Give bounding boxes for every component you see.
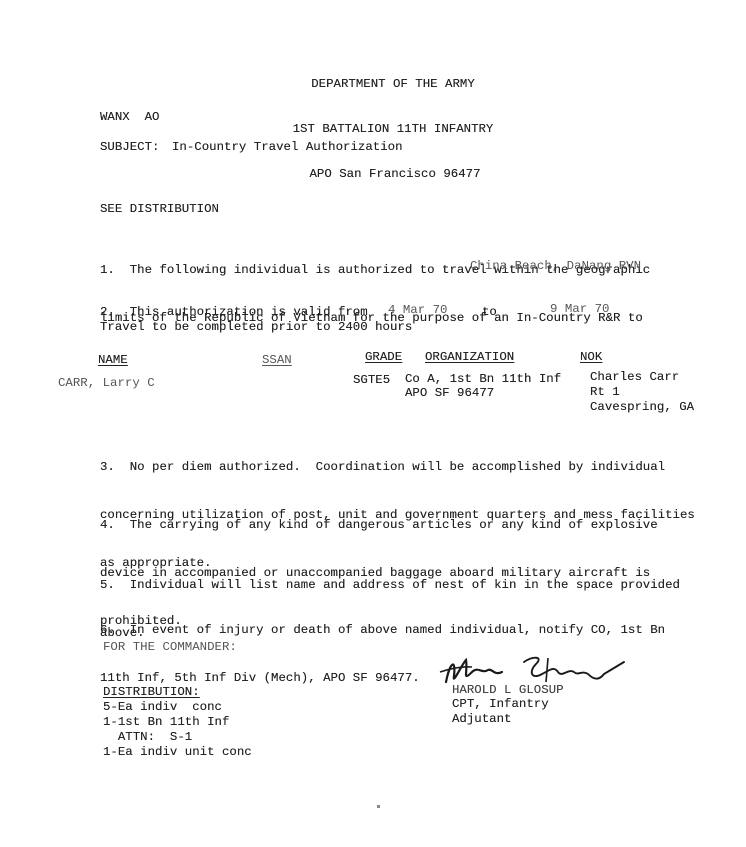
distribution-item: 1-1st Bn 11th Inf <box>103 715 229 730</box>
letterhead-department: DEPARTMENT OF THE ARMY <box>0 77 746 92</box>
signer-typed-name: HAROLD L GLOSUP <box>452 683 564 698</box>
destination: China Beach, DaNang RVN <box>470 259 641 274</box>
header-nok: NOK <box>580 350 602 365</box>
distribution-item: 1-Ea indiv unit conc <box>103 745 252 760</box>
cell-grade: SGTE5 <box>353 373 390 388</box>
header-organization: ORGANIZATION <box>425 350 514 365</box>
subject-label: SUBJECT: <box>100 140 160 155</box>
signer-title: Adjutant <box>452 712 512 727</box>
cell-name: CARR, Larry C <box>58 376 155 391</box>
paragraph-3-line-1: 3. No per diem authorized. Coordination … <box>100 459 700 475</box>
cell-nok-line-2: Rt 1 <box>590 385 620 400</box>
cell-organization-line-1: Co A, 1st Bn 11th Inf <box>405 372 561 387</box>
paragraph-6-line-1: 6. In event of injury or death of above … <box>100 622 700 638</box>
header-ssan: SSAN <box>262 353 292 368</box>
paragraph-2-line-2: Travel to be completed prior to 2400 hou… <box>100 320 412 335</box>
cell-nok-line-1: Charles Carr <box>590 370 679 385</box>
header-grade: GRADE <box>365 350 402 365</box>
valid-to-date: 9 Mar 70 <box>550 302 610 317</box>
cell-nok-line-3: Cavespring, GA <box>590 400 694 415</box>
distribution-item: ATTN: S-1 <box>103 730 192 745</box>
valid-from-date: 4 Mar 70 <box>388 303 448 318</box>
addressee: SEE DISTRIBUTION <box>100 202 219 217</box>
paragraph-2-prefix: 2. This authorization is valid from <box>100 305 368 320</box>
letterhead-address: APO San Francisco 96477 <box>0 167 746 182</box>
subject-value: In-Country Travel Authorization <box>172 140 403 155</box>
header-name: NAME <box>98 353 128 368</box>
signer-rank-branch: CPT, Infantry <box>452 697 549 712</box>
paragraph-4-line-1: 4. The carrying of any kind of dangerous… <box>100 517 700 533</box>
stray-mark <box>377 805 380 808</box>
distribution-item: 5-Ea indiv conc <box>103 700 222 715</box>
distribution-title: DISTRIBUTION: <box>103 685 200 700</box>
cell-organization-line-2: APO SF 96477 <box>405 386 494 401</box>
office-symbol: WANX AO <box>100 110 160 125</box>
closing: FOR THE COMMANDER: <box>103 640 237 655</box>
to-word: to <box>482 305 497 320</box>
